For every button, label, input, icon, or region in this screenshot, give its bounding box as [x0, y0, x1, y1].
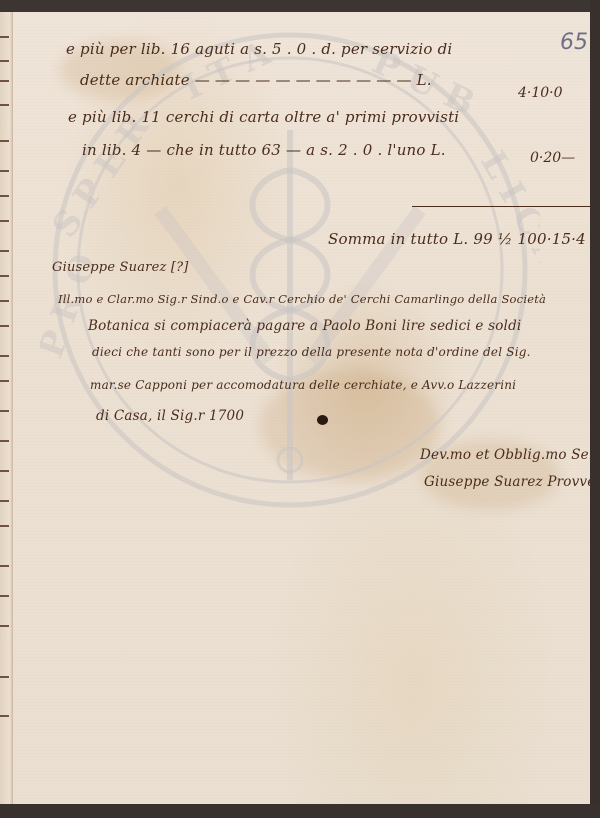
- entry-line: e più per lib. 16 aguti a s. 5 . 0 . d. …: [66, 40, 452, 58]
- entry-line: in lib. 4 — che in tutto 63 — a s. 2 . 0…: [82, 141, 446, 159]
- binding-tick: [0, 625, 9, 627]
- binding-tick: [0, 565, 9, 567]
- binding-tick: [0, 470, 9, 472]
- binding-tick: [0, 170, 9, 172]
- entry-line: e più lib. 11 cerchi di carta oltre a' p…: [68, 108, 459, 126]
- binding-tick: [0, 104, 9, 106]
- binding-tick: [0, 525, 9, 527]
- folio-number: 65: [560, 30, 588, 55]
- letter-heading: Giuseppe Suarez [?]: [52, 260, 189, 275]
- sum-rule: [412, 206, 590, 207]
- signature-closing: Dev.mo et Obblig.mo Ser.re: [420, 447, 600, 463]
- letter-line: Ill.mo e Clar.mo Sig.r Sind.o e Cav.r Ce…: [58, 292, 546, 306]
- binding-tick: [0, 36, 9, 38]
- binding-tick: [0, 140, 9, 142]
- letter-line: Botanica si compiacerà pagare a Paolo Bo…: [88, 318, 521, 334]
- total-label: Somma in tutto L. 99 ½: [328, 230, 513, 248]
- binding-tick: [0, 220, 9, 222]
- binding-tick: [0, 300, 9, 302]
- binding-tick: [0, 440, 9, 442]
- binding-tick: [0, 250, 9, 252]
- ink-blot: [317, 415, 328, 425]
- binding-tick: [0, 325, 9, 327]
- binding-tick: [0, 715, 9, 717]
- letter-line: dieci che tanti sono per il prezzo della…: [92, 345, 531, 359]
- scan-border-bottom: [0, 804, 600, 818]
- binding-tick: [0, 355, 9, 357]
- scan-border-right: [590, 0, 600, 818]
- letter-line: di Casa, il Sig.r 1700: [96, 408, 244, 424]
- total-amount: 100·15·4: [518, 230, 586, 248]
- binding-tick: [0, 410, 9, 412]
- entry-line: dette archiate — — — — — — — — — — — L.: [80, 71, 432, 89]
- scanned-manuscript: P R O S P E R I T A P U B L I C A 65 e p…: [0, 0, 600, 818]
- binding-tick: [0, 60, 9, 62]
- binding-tick: [0, 195, 9, 197]
- binding-tick: [0, 500, 9, 502]
- binding-tick: [0, 595, 9, 597]
- binding-tick: [0, 80, 9, 82]
- total-line: Somma in tutto L. 99 ½ 100·15·4: [328, 230, 586, 248]
- binding-tick: [0, 275, 9, 277]
- letter-line: mar.se Capponi per accomodatura delle ce…: [90, 378, 516, 392]
- binding-edge: [0, 12, 13, 804]
- entry-amount: 4·10·0: [518, 85, 563, 101]
- signature-name: Giuseppe Suarez Provved.re: [424, 474, 600, 490]
- binding-tick: [0, 380, 9, 382]
- entry-amount: 0·20—: [530, 150, 575, 166]
- binding-tick: [0, 676, 9, 678]
